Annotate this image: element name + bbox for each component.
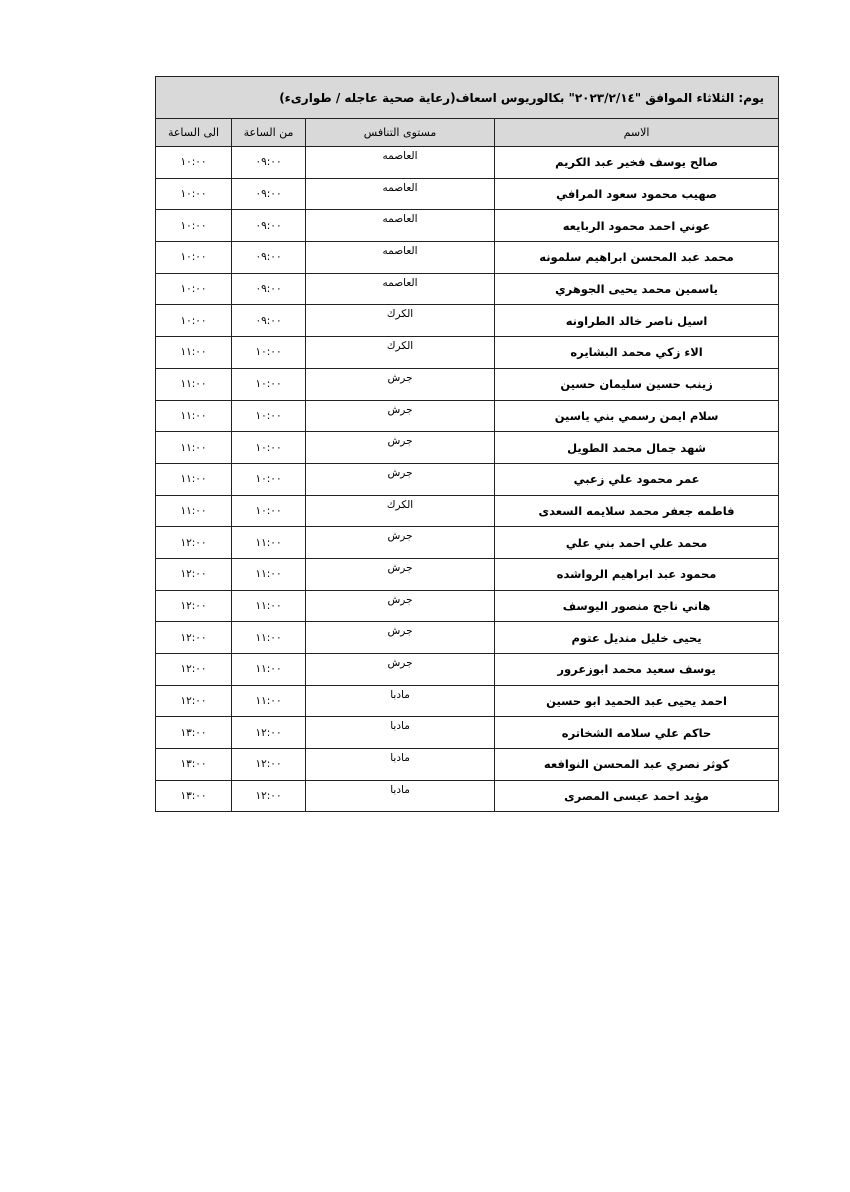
cell-to: ١٣:٠٠ xyxy=(156,780,232,812)
header-name: الاسم xyxy=(495,119,779,147)
cell-level: العاصمه xyxy=(306,242,495,274)
header-row: الاسم مستوى التنافس من الساعة الى الساعة xyxy=(156,119,779,147)
cell-name: الاء زكي محمد البشايره xyxy=(495,337,779,369)
cell-level: جرش xyxy=(306,432,495,464)
cell-level: جرش xyxy=(306,527,495,559)
cell-name: اسيل ناصر خالد الطراونه xyxy=(495,305,779,337)
cell-from: ١١:٠٠ xyxy=(232,590,306,622)
cell-level: العاصمه xyxy=(306,147,495,179)
table-row: مؤيد احمد عيسى المصرىمادبا١٢:٠٠١٣:٠٠ xyxy=(156,780,779,812)
cell-level: مادبا xyxy=(306,780,495,812)
cell-from: ١٠:٠٠ xyxy=(232,337,306,369)
cell-to: ١٠:٠٠ xyxy=(156,305,232,337)
cell-from: ١٠:٠٠ xyxy=(232,368,306,400)
header-level: مستوى التنافس xyxy=(306,119,495,147)
cell-name: محمد علي احمد بني علي xyxy=(495,527,779,559)
cell-to: ١١:٠٠ xyxy=(156,432,232,464)
cell-from: ١٢:٠٠ xyxy=(232,749,306,781)
table-row: محمد عبد المحسن ابراهيم سلمونهالعاصمه٠٩:… xyxy=(156,242,779,274)
cell-from: ١٠:٠٠ xyxy=(232,400,306,432)
cell-from: ١٠:٠٠ xyxy=(232,463,306,495)
cell-name: يوسف سعيد محمد ابوزعرور xyxy=(495,654,779,686)
table-row: صهيب محمود سعود المرافيالعاصمه٠٩:٠٠١٠:٠٠ xyxy=(156,178,779,210)
cell-to: ١١:٠٠ xyxy=(156,337,232,369)
cell-level: الكرك xyxy=(306,495,495,527)
cell-from: ٠٩:٠٠ xyxy=(232,147,306,179)
cell-level: مادبا xyxy=(306,749,495,781)
cell-name: كوثر نصري عبد المحسن النوافعه xyxy=(495,749,779,781)
cell-from: ١١:٠٠ xyxy=(232,654,306,686)
cell-name: محمد عبد المحسن ابراهيم سلمونه xyxy=(495,242,779,274)
cell-name: زينب حسين سليمان حسين xyxy=(495,368,779,400)
cell-level: جرش xyxy=(306,654,495,686)
cell-name: صالح يوسف فخير عبد الكريم xyxy=(495,147,779,179)
cell-from: ١١:٠٠ xyxy=(232,527,306,559)
table-row: محمد علي احمد بني عليجرش١١:٠٠١٢:٠٠ xyxy=(156,527,779,559)
cell-from: ٠٩:٠٠ xyxy=(232,305,306,337)
cell-name: احمد يحيى عبد الحميد ابو حسين xyxy=(495,685,779,717)
table-row: محمود عبد ابراهيم الرواشدهجرش١١:٠٠١٢:٠٠ xyxy=(156,558,779,590)
table-row: يوسف سعيد محمد ابوزعرورجرش١١:٠٠١٢:٠٠ xyxy=(156,654,779,686)
table-row: فاطمه جعفر محمد سلايمه السعدىالكرك١٠:٠٠١… xyxy=(156,495,779,527)
cell-name: عوني احمد محمود الربايعه xyxy=(495,210,779,242)
cell-to: ١٢:٠٠ xyxy=(156,527,232,559)
cell-level: جرش xyxy=(306,622,495,654)
cell-to: ١٣:٠٠ xyxy=(156,749,232,781)
schedule-table: يوم: الثلاثاء الموافق "٢٠٢٣/٢/١٤" بكالور… xyxy=(155,76,779,812)
cell-name: صهيب محمود سعود المرافي xyxy=(495,178,779,210)
cell-level: العاصمه xyxy=(306,210,495,242)
table-row: هاني ناجح منصور اليوسفجرش١١:٠٠١٢:٠٠ xyxy=(156,590,779,622)
cell-level: العاصمه xyxy=(306,273,495,305)
cell-level: الكرك xyxy=(306,337,495,369)
cell-to: ١٠:٠٠ xyxy=(156,242,232,274)
cell-to: ١٢:٠٠ xyxy=(156,558,232,590)
cell-name: ياسمين محمد يحيى الجوهري xyxy=(495,273,779,305)
schedule-title: يوم: الثلاثاء الموافق "٢٠٢٣/٢/١٤" بكالور… xyxy=(156,77,779,119)
cell-to: ١١:٠٠ xyxy=(156,368,232,400)
cell-name: شهد جمال محمد الطويل xyxy=(495,432,779,464)
table-row: كوثر نصري عبد المحسن النوافعهمادبا١٢:٠٠١… xyxy=(156,749,779,781)
cell-level: العاصمه xyxy=(306,178,495,210)
cell-level: جرش xyxy=(306,590,495,622)
cell-to: ١١:٠٠ xyxy=(156,400,232,432)
cell-level: جرش xyxy=(306,463,495,495)
cell-from: ١٢:٠٠ xyxy=(232,717,306,749)
cell-from: ١٠:٠٠ xyxy=(232,432,306,464)
title-row: يوم: الثلاثاء الموافق "٢٠٢٣/٢/١٤" بكالور… xyxy=(156,77,779,119)
cell-from: ١١:٠٠ xyxy=(232,685,306,717)
cell-name: مؤيد احمد عيسى المصرى xyxy=(495,780,779,812)
cell-name: هاني ناجح منصور اليوسف xyxy=(495,590,779,622)
cell-level: جرش xyxy=(306,400,495,432)
table-row: سلام ايمن رسمي بني ياسينجرش١٠:٠٠١١:٠٠ xyxy=(156,400,779,432)
cell-from: ١١:٠٠ xyxy=(232,622,306,654)
table-row: احمد يحيى عبد الحميد ابو حسينمادبا١١:٠٠١… xyxy=(156,685,779,717)
cell-level: الكرك xyxy=(306,305,495,337)
cell-from: ٠٩:٠٠ xyxy=(232,178,306,210)
cell-name: عمر محمود علي زعبي xyxy=(495,463,779,495)
cell-to: ١٠:٠٠ xyxy=(156,178,232,210)
cell-to: ١١:٠٠ xyxy=(156,463,232,495)
cell-level: جرش xyxy=(306,368,495,400)
cell-to: ١٢:٠٠ xyxy=(156,685,232,717)
cell-from: ١٠:٠٠ xyxy=(232,495,306,527)
cell-to: ١٠:٠٠ xyxy=(156,210,232,242)
table-row: الاء زكي محمد البشايرهالكرك١٠:٠٠١١:٠٠ xyxy=(156,337,779,369)
table-row: اسيل ناصر خالد الطراونهالكرك٠٩:٠٠١٠:٠٠ xyxy=(156,305,779,337)
cell-to: ١٢:٠٠ xyxy=(156,654,232,686)
cell-to: ١٣:٠٠ xyxy=(156,717,232,749)
cell-name: محمود عبد ابراهيم الرواشده xyxy=(495,558,779,590)
table-row: عوني احمد محمود الربايعهالعاصمه٠٩:٠٠١٠:٠… xyxy=(156,210,779,242)
cell-from: ٠٩:٠٠ xyxy=(232,273,306,305)
cell-to: ١٠:٠٠ xyxy=(156,273,232,305)
table-row: يحيى خليل منديل عتومجرش١١:٠٠١٢:٠٠ xyxy=(156,622,779,654)
header-to: الى الساعة xyxy=(156,119,232,147)
cell-from: ١٢:٠٠ xyxy=(232,780,306,812)
cell-name: فاطمه جعفر محمد سلايمه السعدى xyxy=(495,495,779,527)
table-row: عمر محمود علي زعبيجرش١٠:٠٠١١:٠٠ xyxy=(156,463,779,495)
table-row: حاكم علي سلامه الشخاترهمادبا١٢:٠٠١٣:٠٠ xyxy=(156,717,779,749)
cell-level: مادبا xyxy=(306,717,495,749)
table-row: صالح يوسف فخير عبد الكريمالعاصمه٠٩:٠٠١٠:… xyxy=(156,147,779,179)
cell-from: ٠٩:٠٠ xyxy=(232,210,306,242)
cell-name: سلام ايمن رسمي بني ياسين xyxy=(495,400,779,432)
cell-to: ١٢:٠٠ xyxy=(156,622,232,654)
header-from: من الساعة xyxy=(232,119,306,147)
table-row: زينب حسين سليمان حسينجرش١٠:٠٠١١:٠٠ xyxy=(156,368,779,400)
cell-to: ١١:٠٠ xyxy=(156,495,232,527)
table-row: شهد جمال محمد الطويلجرش١٠:٠٠١١:٠٠ xyxy=(156,432,779,464)
table-row: ياسمين محمد يحيى الجوهريالعاصمه٠٩:٠٠١٠:٠… xyxy=(156,273,779,305)
cell-name: حاكم علي سلامه الشخاتره xyxy=(495,717,779,749)
cell-to: ١٠:٠٠ xyxy=(156,147,232,179)
cell-level: مادبا xyxy=(306,685,495,717)
cell-to: ١٢:٠٠ xyxy=(156,590,232,622)
cell-level: جرش xyxy=(306,558,495,590)
cell-from: ٠٩:٠٠ xyxy=(232,242,306,274)
cell-name: يحيى خليل منديل عتوم xyxy=(495,622,779,654)
cell-from: ١١:٠٠ xyxy=(232,558,306,590)
